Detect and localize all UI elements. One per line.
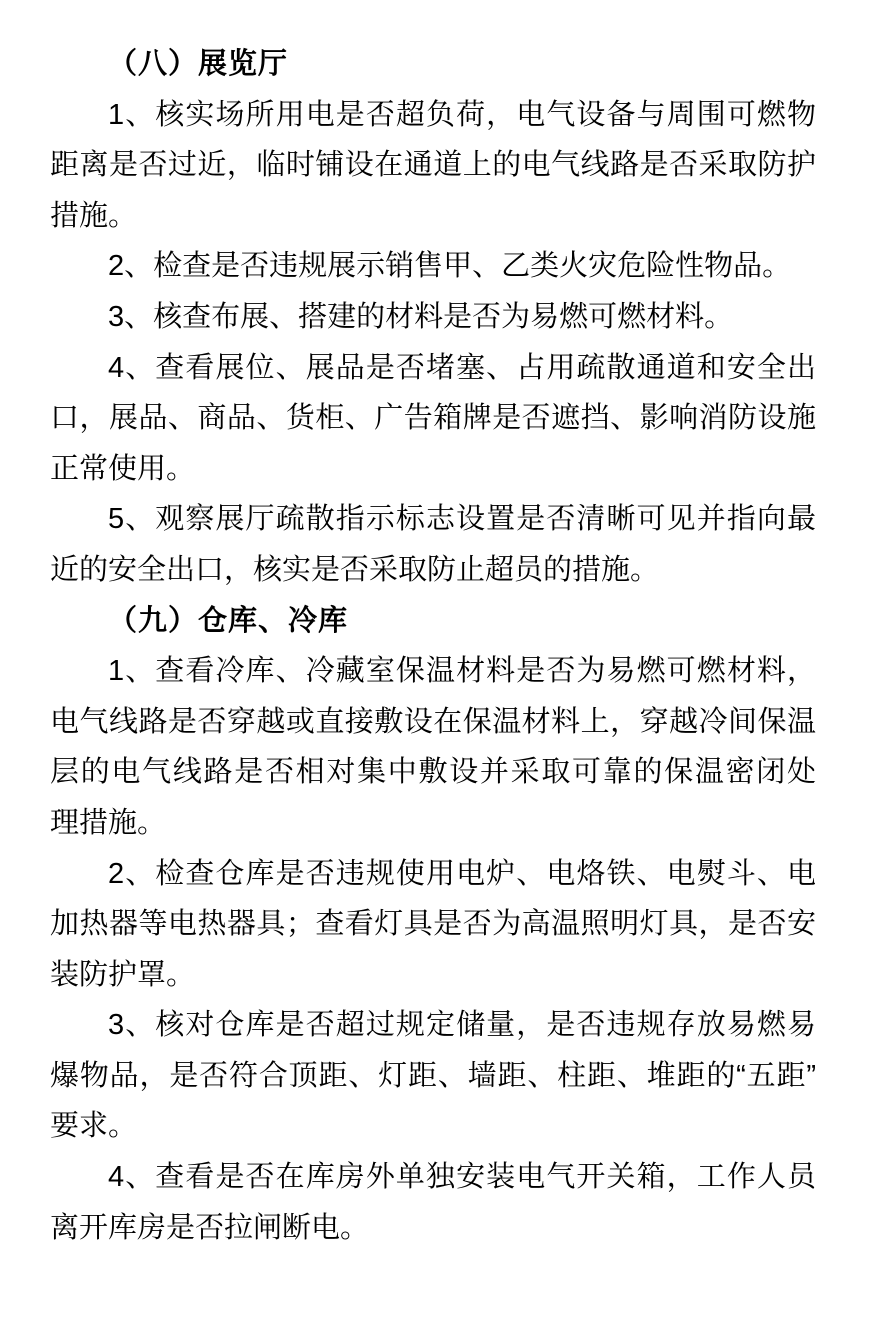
paragraph: 5、观察展厅疏散指示标志设置是否清晰可见并指向最近的安全出口，核实是否采取防止超… [50,494,816,595]
text-line: 1、查看冷库、冷藏室保温材料是否为易燃可燃材料， [50,646,816,697]
document-content: （八）展览厅1、核实场所用电是否超负荷，电气设备与周围可燃物距离是否过近，临时铺… [50,39,816,1253]
paragraph: 4、查看是否在库房外单独安装电气开关箱，工作人员离开库房是否拉闸断电。 [50,1152,816,1253]
text-line: 要求。 [50,1101,816,1152]
text-line: 措施。 [50,191,816,242]
section-heading: （八）展览厅 [50,39,816,90]
text-line: 3、核对仓库是否超过规定储量，是否违规存放易燃易 [50,1000,816,1051]
text-line: 爆物品，是否符合顶距、灯距、墙距、柱距、堆距的“五距” [50,1051,816,1102]
paragraph: 2、检查仓库是否违规使用电炉、电烙铁、电熨斗、电加热器等电热器具；查看灯具是否为… [50,849,816,1001]
paragraph: 4、查看展位、展品是否堵塞、占用疏散通道和安全出口，展品、商品、货柜、广告箱牌是… [50,343,816,495]
text-line: 2、检查仓库是否违规使用电炉、电烙铁、电熨斗、电 [50,849,816,900]
text-line: 4、查看展位、展品是否堵塞、占用疏散通道和安全出 [50,343,816,394]
section-heading: （九）仓库、冷库 [50,596,816,647]
text-line: 理措施。 [50,798,816,849]
text-line: 加热器等电热器具；查看灯具是否为高温照明灯具，是否安 [50,899,816,950]
text-line: 5、观察展厅疏散指示标志设置是否清晰可见并指向最 [50,494,816,545]
paragraph: 1、核实场所用电是否超负荷，电气设备与周围可燃物距离是否过近，临时铺设在通道上的… [50,90,816,242]
document-page: （八）展览厅1、核实场所用电是否超负荷，电气设备与周围可燃物距离是否过近，临时铺… [0,0,878,1317]
text-line: 正常使用。 [50,444,816,495]
text-line: 近的安全出口，核实是否采取防止超员的措施。 [50,545,816,596]
paragraph: 1、查看冷库、冷藏室保温材料是否为易燃可燃材料，电气线路是否穿越或直接敷设在保温… [50,646,816,848]
paragraph: 2、检查是否违规展示销售甲、乙类火灾危险性物品。 [50,241,816,292]
text-line: 2、检查是否违规展示销售甲、乙类火灾危险性物品。 [50,241,816,292]
text-line: 距离是否过近，临时铺设在通道上的电气线路是否采取防护 [50,140,816,191]
text-line: 口，展品、商品、货柜、广告箱牌是否遮挡、影响消防设施 [50,393,816,444]
text-line: 电气线路是否穿越或直接敷设在保温材料上，穿越冷间保温 [50,697,816,748]
text-line: 层的电气线路是否相对集中敷设并采取可靠的保温密闭处 [50,747,816,798]
text-line: 4、查看是否在库房外单独安装电气开关箱，工作人员 [50,1152,816,1203]
text-line: 离开库房是否拉闸断电。 [50,1203,816,1254]
text-line: 3、核查布展、搭建的材料是否为易燃可燃材料。 [50,292,816,343]
text-line: 装防护罩。 [50,950,816,1001]
text-line: 1、核实场所用电是否超负荷，电气设备与周围可燃物 [50,90,816,141]
paragraph: 3、核查布展、搭建的材料是否为易燃可燃材料。 [50,292,816,343]
paragraph: 3、核对仓库是否超过规定储量，是否违规存放易燃易爆物品，是否符合顶距、灯距、墙距… [50,1000,816,1152]
